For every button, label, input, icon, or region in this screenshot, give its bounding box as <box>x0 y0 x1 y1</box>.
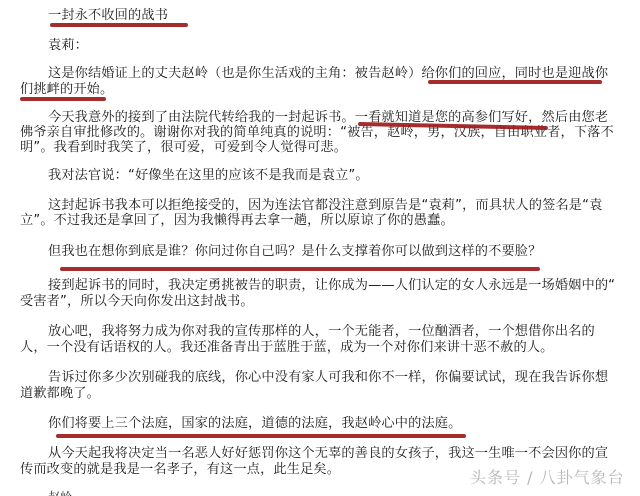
paragraph-1-line-2: 们挑衅的开始。 <box>20 82 113 97</box>
highlight-underline <box>56 434 466 438</box>
paragraph-8-line-2: 道歉都晚了。 <box>20 386 100 401</box>
letter-document: 一封永不收回的战书 袁莉： 这是你结婚证上的丈夫赵岭（也是你生活戏的主角：被告赵… <box>0 0 640 496</box>
paragraph-6-line-2: 受害者”，所以今天向你发出这封战书。 <box>20 294 254 309</box>
paragraph-7-line-1: 放心吧，我将努力成为你对我的宣传那样的人，一个无能者，一位酗酒者，一个想借你出名… <box>48 324 595 339</box>
paragraph-9-line-1: 你们将要上三个法庭，国家的法庭，道德的法庭，我赵岭心中的法庭。 <box>48 416 461 431</box>
highlight-underline <box>60 267 540 271</box>
paragraph-3-line-1: 我对法官说：“好像坐在这里的应该不是我而是袁立”。 <box>48 168 369 183</box>
paragraph-10-line-2: 传而改变的就是我是一名孝子，有这一点，此生足矣。 <box>20 462 340 477</box>
title-underline <box>50 23 188 27</box>
paragraph-10-line-1: 从今天起我将决定当一名恶人好好惩罚你这个无辜的善良的女孩子，我这一生唯一不会因你… <box>48 446 608 461</box>
paragraph-8-line-1: 告诉过你多少次别碰我的底线，你心中没有家人可我和你不一样，你偏要试试，现在我告诉… <box>48 370 608 385</box>
salutation: 袁莉： <box>48 38 88 53</box>
letter-title: 一封永不收回的战书 <box>48 8 168 23</box>
highlight-underline <box>428 80 602 84</box>
paragraph-1-line-1: 这是你结婚证上的丈夫赵岭（也是你生活戏的主角：被告赵岭）给你们的回应，同时也是迎… <box>48 66 608 81</box>
paragraph-6-line-1: 接到起诉书的同时，我决定勇挑被告的职责，让你成为——人们认定的女人永远是一场婚姻… <box>48 278 615 293</box>
paragraph-2-line-1: 今天我意外的接到了由法院代转给我的一封起诉书。一看就知道是您的高参们写好，然后由… <box>48 110 608 125</box>
paragraph-5-line-1: 但我也在想你到底是谁？你问过你自己吗？是什么支撑着你可以做到这样的不要脸？ <box>48 244 541 259</box>
highlight-underline <box>20 97 106 101</box>
paragraph-4-line-1: 这封起诉书我本可以拒绝接受的，因为连法官都没注意到原告是“袁莉”，而具状人的签名… <box>48 198 602 213</box>
paragraph-7-line-2: 人，一个没有话语权的人。我还准备青出于蓝胜于蓝，成为一个对你们来讲十恶不赦的人。 <box>20 340 554 355</box>
watermark: 头条号 / 八卦气象台 <box>470 465 625 488</box>
signature-cut-off: 赵岭 <box>48 488 72 496</box>
paragraph-4-line-2: 立”。不过我还是拿回了，因为我懒得再去拿一趟，所以原谅了你的愚蠢。 <box>20 213 454 228</box>
paragraph-2-line-3: 明”。我看到时我笑了，很可爱，可爱到令人觉得可悲。 <box>20 140 347 155</box>
